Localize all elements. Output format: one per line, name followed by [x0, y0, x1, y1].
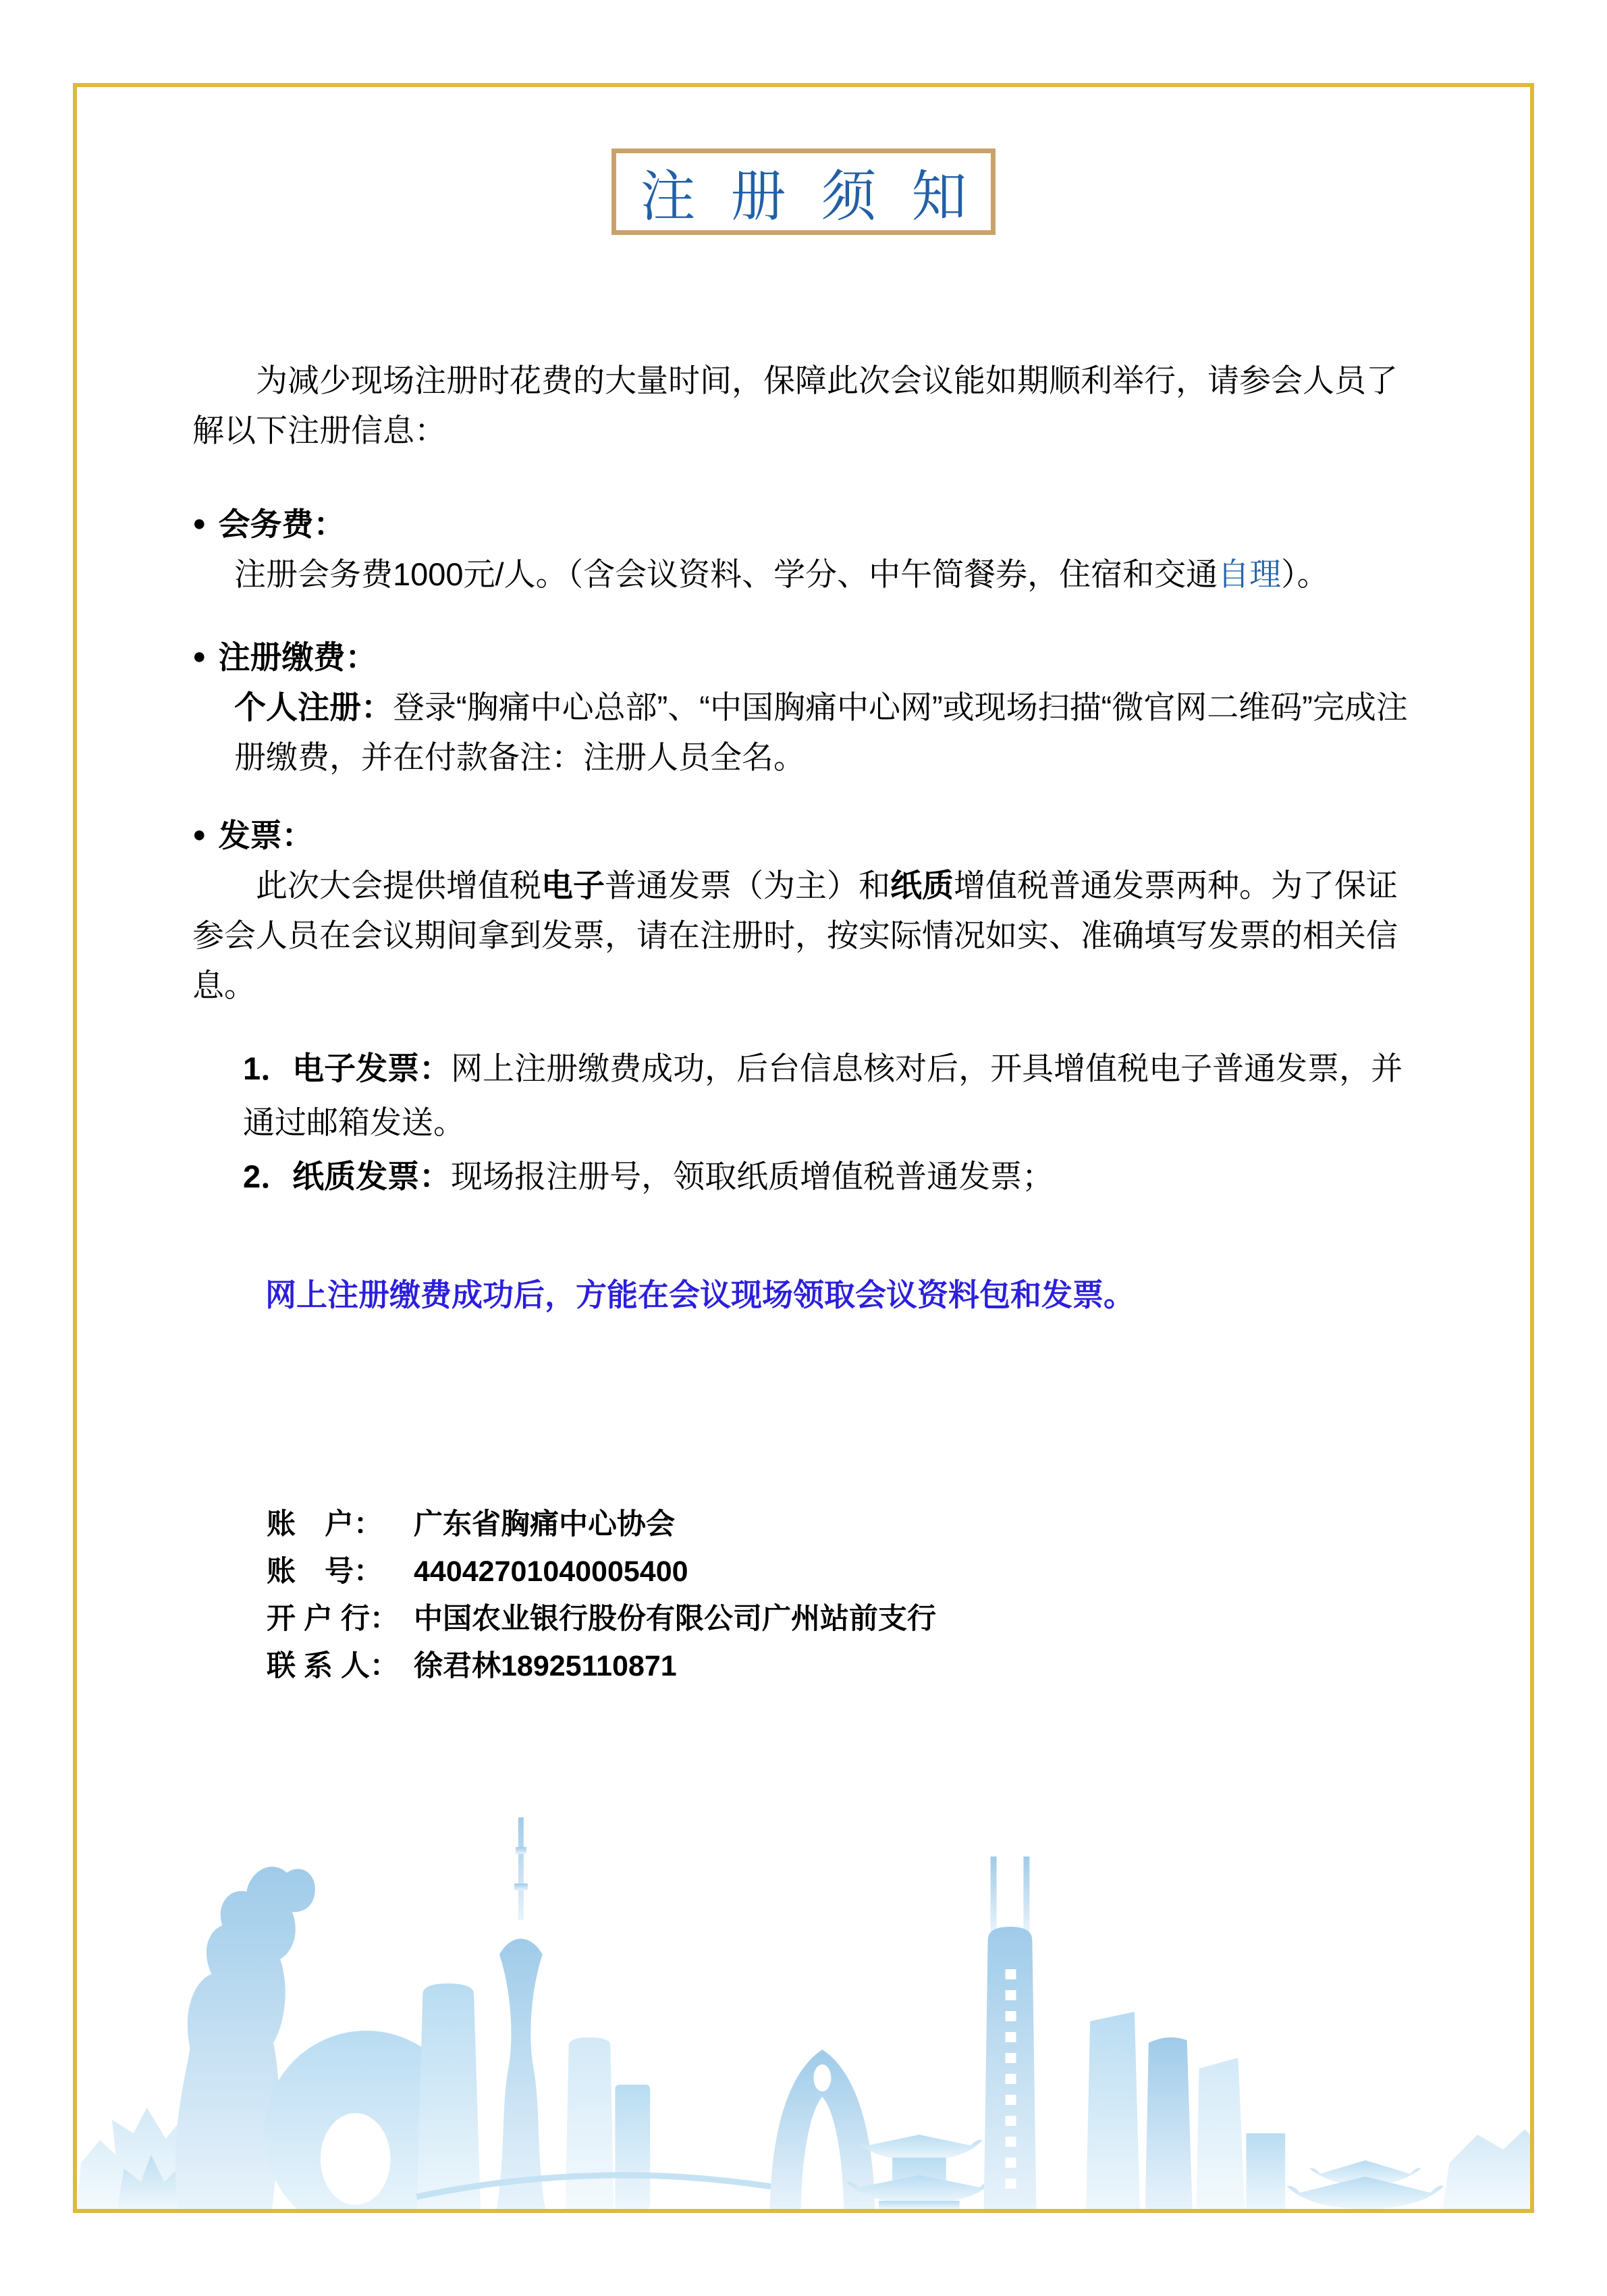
paper-invoice-text: 现场报注册号，领取纸质增值税普通发票；	[451, 1158, 1054, 1194]
registration-notice-page: 注册须知 为减少现场注册时花费的大量时间，保障此次会议能如期顺利举行，请参会人员…	[0, 0, 1607, 2296]
list-item-electronic-invoice: 1．电子发票：网上注册缴费成功，后台信息核对后，开具增值税电子普通发票，并通过邮…	[243, 1042, 1419, 1150]
payment-heading: 注册缴费：	[219, 639, 377, 675]
fee-heading: 会务费：	[219, 506, 346, 542]
contact-person-row: 联 系 人：徐君林18925110871	[267, 1643, 1419, 1690]
invoice-paragraph: 此次大会提供增值税电子普通发票（为主）和纸质增值税普通发票两种。为了保证参会人员…	[192, 861, 1419, 1011]
contact-person-label: 联 系 人：	[267, 1643, 414, 1690]
personal-registration-label: 个人注册：	[234, 689, 393, 725]
invoice-text-1: 此次大会提供增值税	[256, 867, 541, 903]
list-item-paper-invoice: 2．纸质发票：现场报注册号，领取纸质增值税普通发票；	[243, 1150, 1419, 1204]
bank-branch-value: 中国农业银行股份有限公司广州站前支行	[414, 1603, 936, 1635]
intro-paragraph: 为减少现场注册时花费的大量时间，保障此次会议能如期顺利举行，请参会人员了解以下注…	[192, 356, 1419, 456]
invoice-text-2: 普通发票（为主）和	[605, 867, 890, 903]
bank-account-number-row: 账 号：44042701040005400	[267, 1548, 1419, 1595]
fee-body: 注册会务费1000元/人。（含会议资料、学分、中午简餐券，住宿和交通自理）。	[234, 550, 1419, 599]
important-notice: 网上注册缴费成功后，方能在会议现场领取会议资料包和发票。	[265, 1268, 1419, 1322]
page-title-box: 注册须知	[611, 149, 996, 235]
invoice-em-electronic: 电子	[541, 867, 605, 903]
guangzhou-skyline-graphic	[77, 1817, 1530, 2209]
invoice-item-list: 1．电子发票：网上注册缴费成功，后台信息核对后，开具增值税电子普通发票，并通过邮…	[243, 1042, 1419, 1204]
account-name-label: 账 户：	[267, 1501, 414, 1548]
fee-text-pre: 注册会务费1000元/人。（含会议资料、学分、中午简餐券，住宿和交通	[234, 556, 1218, 592]
self-arranged-link[interactable]: 自理	[1218, 556, 1281, 592]
bank-branch-row: 开 户 行：中国农业银行股份有限公司广州站前支行	[267, 1595, 1419, 1643]
bank-account-name-row: 账 户：广东省胸痛中心协会	[267, 1501, 1419, 1548]
gold-page-border: 注册须知 为减少现场注册时花费的大量时间，保障此次会议能如期顺利举行，请参会人员…	[73, 83, 1534, 2213]
bullet-dot-icon: ●	[192, 498, 207, 548]
paper-invoice-label: 2．纸质发票：	[243, 1158, 451, 1194]
account-number-value: 44042701040005400	[414, 1555, 688, 1588]
fee-text-post: ）。	[1281, 556, 1329, 592]
electronic-invoice-label: 1．电子发票：	[243, 1050, 451, 1086]
account-number-label: 账 号：	[267, 1548, 414, 1595]
bank-branch-label: 开 户 行：	[267, 1595, 414, 1643]
notice-content: 为减少现场注册时花费的大量时间，保障此次会议能如期顺利举行，请参会人员了解以下注…	[77, 235, 1530, 1690]
payment-body: 个人注册：登录“胸痛中心总部”、“中国胸痛中心网”或现场扫描“微官网二维码”完成…	[234, 683, 1419, 782]
bullet-dot-icon: ●	[192, 631, 207, 681]
contact-person-value: 徐君林18925110871	[414, 1650, 677, 1682]
page-title: 注册须知	[640, 153, 1002, 232]
invoice-em-paper: 纸质	[890, 867, 954, 903]
guangzhou-skyline-icon	[77, 1817, 1530, 2209]
payment-text: 登录“胸痛中心总部”、“中国胸痛中心网”或现场扫描“微官网二维码”完成注册缴费，…	[234, 689, 1408, 775]
account-name-value: 广东省胸痛中心协会	[414, 1508, 675, 1541]
section-head-fee: ●会务费：	[192, 498, 1419, 550]
section-head-invoice: ●发票：	[192, 809, 1419, 861]
bullet-dot-icon: ●	[192, 809, 207, 859]
section-head-payment: ●注册缴费：	[192, 631, 1419, 683]
invoice-heading: 发票：	[219, 818, 314, 853]
bank-info-block: 账 户：广东省胸痛中心协会 账 号：44042701040005400 开 户 …	[267, 1501, 1419, 1690]
